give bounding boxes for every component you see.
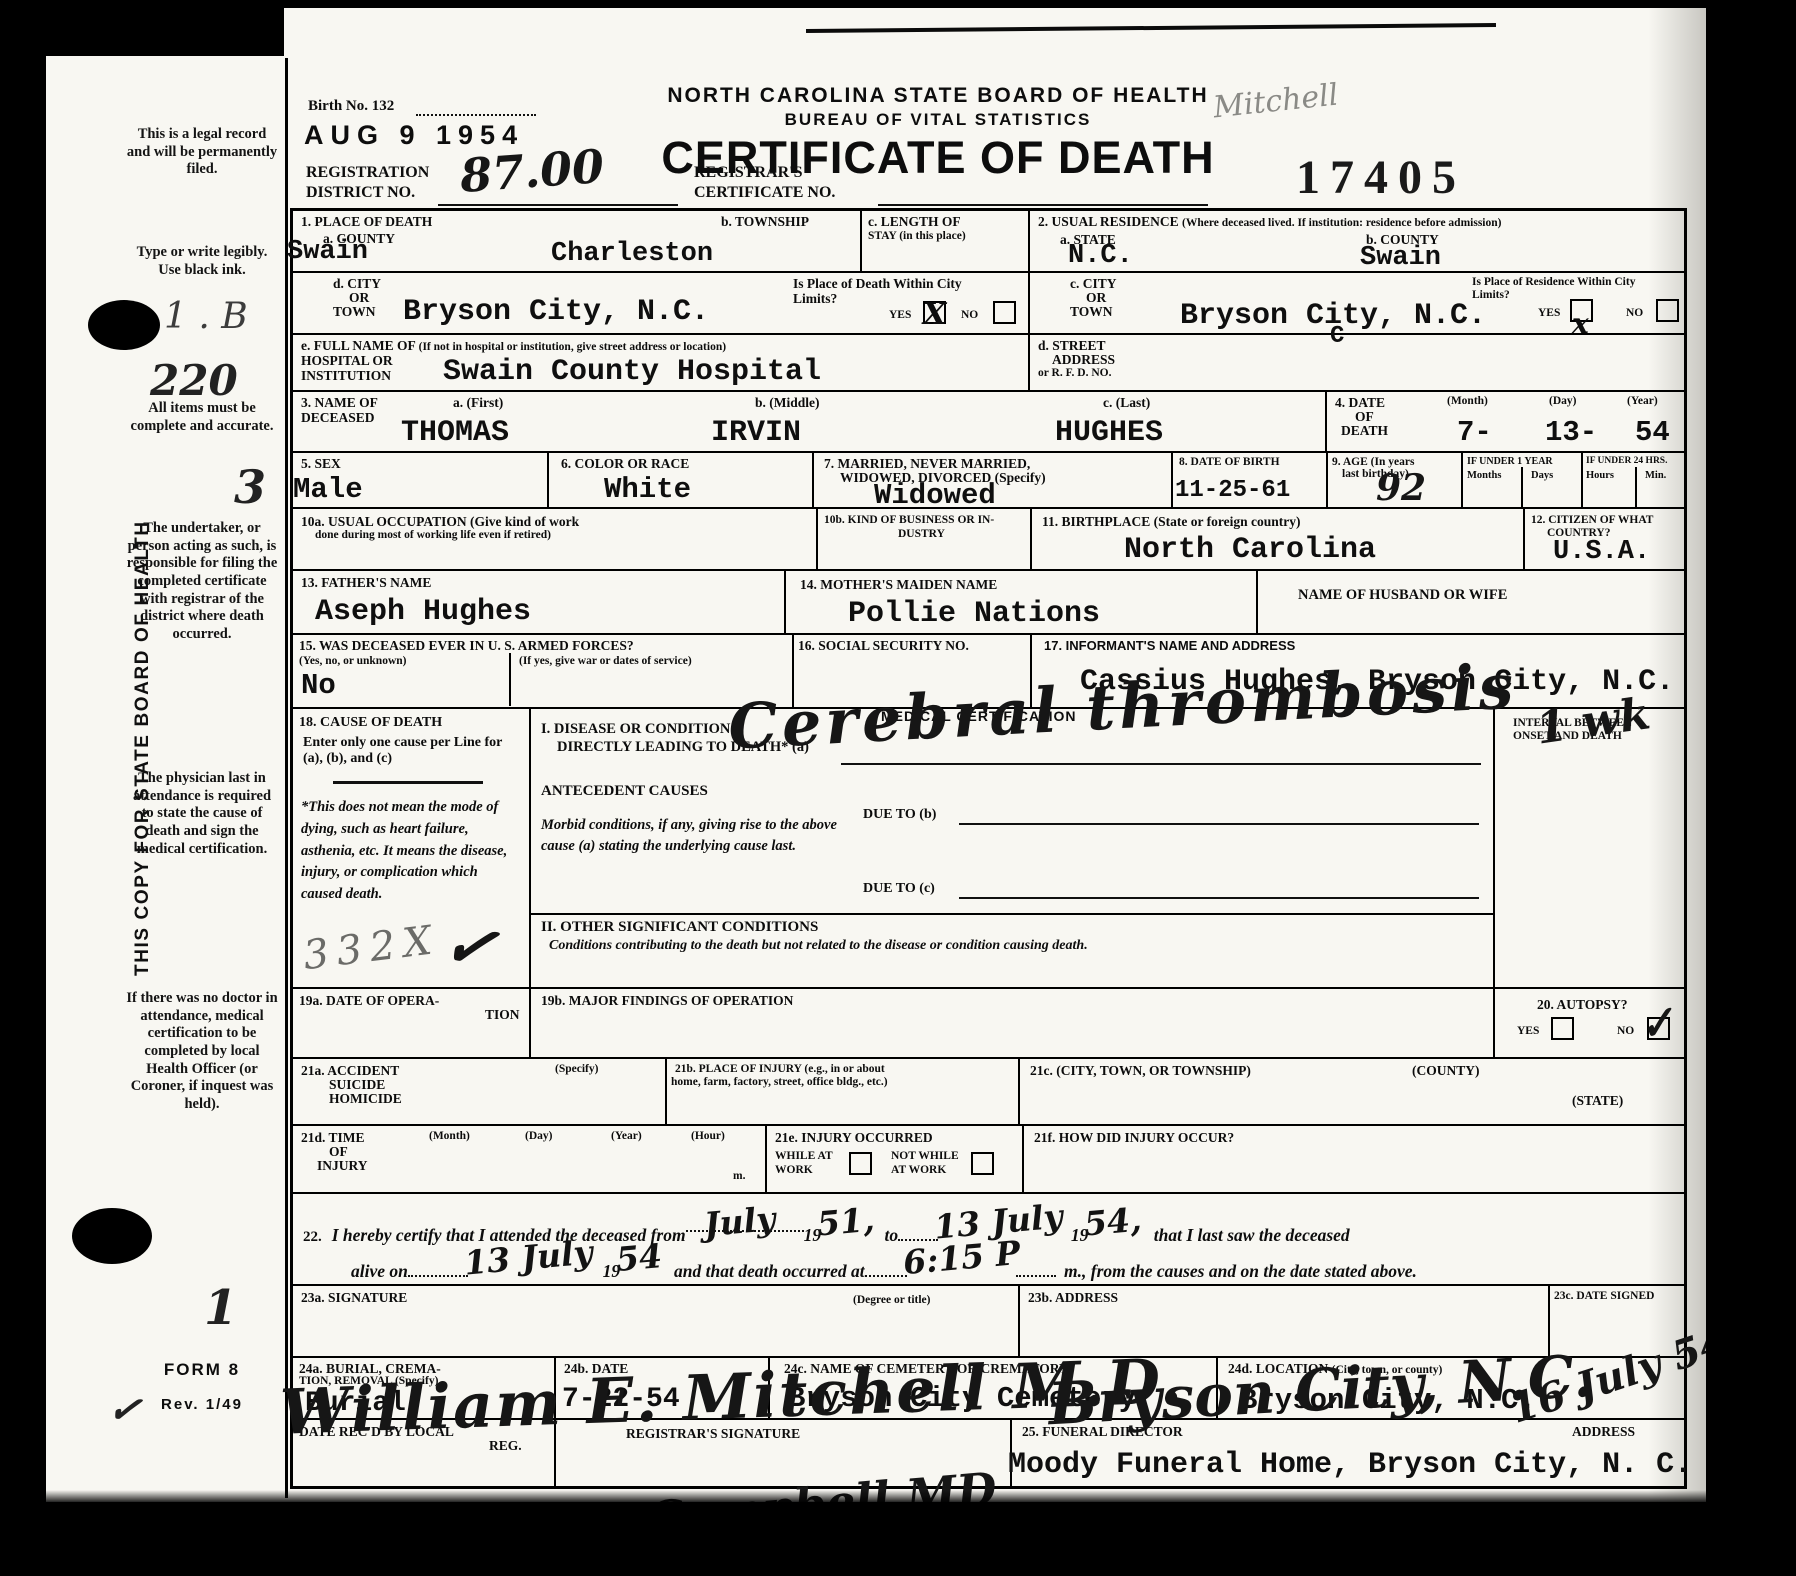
signer-address-label: 23b. ADDRESS bbox=[1028, 1290, 1118, 1305]
row-city-town: d. CITY OR TOWN Bryson City, N.C. Is Pla… bbox=[293, 273, 1684, 335]
injury-hour-label: (Hour) bbox=[691, 1130, 725, 1143]
certify-line-1: 22. I hereby certify that I attended the… bbox=[303, 1210, 1350, 1249]
death-day-label: (Day) bbox=[1549, 395, 1576, 408]
reg-district-label-1: REGISTRATION bbox=[306, 164, 429, 182]
marital-value: Widowed bbox=[874, 479, 996, 512]
cell-certification: 22. I hereby certify that I attended the… bbox=[293, 1194, 1685, 1284]
not-while-label-1: NOT WHILE bbox=[891, 1150, 959, 1163]
cell-autopsy: 20. AUTOPSY? YES NO ✓ bbox=[1495, 989, 1685, 1057]
injury-day-label: (Day) bbox=[525, 1130, 552, 1143]
cell-father: 13. FATHER'S NAME Aseph Hughes bbox=[293, 571, 786, 633]
cell-death-city: d. CITY OR TOWN Bryson City, N.C. Is Pla… bbox=[293, 273, 1030, 333]
accident-label-3: HOMICIDE bbox=[329, 1091, 402, 1106]
autopsy-label: 20. AUTOPSY? bbox=[1537, 997, 1628, 1012]
death-limits-q1: Is Place of Death Within City bbox=[793, 276, 962, 291]
occupation-label-1: 10a. USUAL OCCUPATION (Give kind of work bbox=[301, 514, 579, 529]
cell-if-under-1-year: IF UNDER 1 YEAR Months Days bbox=[1463, 453, 1583, 507]
certify-blank-alive bbox=[408, 1255, 468, 1277]
disease-label-1: I. DISEASE OR CONDITION bbox=[541, 721, 730, 738]
certificate-table: 1. PLACE OF DEATH a. COUNTY Swain b. TOW… bbox=[290, 208, 1687, 1489]
cause-instruction: Enter only one cause per Line for (a), (… bbox=[303, 735, 515, 767]
cell-accident: 21a. ACCIDENT SUICIDE HOMICIDE (Specify) bbox=[293, 1059, 667, 1124]
operation-findings-label: 19b. MAJOR FINDINGS OF OPERATION bbox=[541, 993, 793, 1008]
residence-county-value: Swain bbox=[1360, 243, 1441, 273]
certify-line-2: alive on 13 July 19 54 and that death oc… bbox=[351, 1246, 1417, 1285]
hospital-value: Swain County Hospital bbox=[443, 355, 821, 389]
injury-occurred-label: 21e. INJURY OCCURRED bbox=[775, 1130, 933, 1145]
death-month-label: (Month) bbox=[1447, 395, 1488, 408]
cell-operation-date: 19a. DATE OF OPERA- TION bbox=[293, 989, 531, 1057]
cell-if-under-24-hrs: IF UNDER 24 HRS. Hours Min. bbox=[1583, 453, 1690, 507]
township-label: b. TOWNSHIP bbox=[721, 214, 809, 229]
date-signed-label: 23c. DATE SIGNED bbox=[1554, 1290, 1654, 1303]
injury-year-label: (Year) bbox=[611, 1130, 642, 1143]
cell-how-injury: 21f. HOW DID INJURY OCCUR? bbox=[1024, 1126, 1685, 1192]
hospital-label-3: INSTITUTION bbox=[301, 368, 391, 383]
middle-name-label: b. (Middle) bbox=[755, 395, 820, 410]
death-limits-q2: Limits? bbox=[793, 291, 837, 306]
injury-month-label: (Month) bbox=[429, 1130, 470, 1143]
business-label-2: DUSTRY bbox=[898, 528, 945, 541]
under24-hours-label: Hours bbox=[1586, 470, 1614, 482]
birth-no-label: Birth No. 132 bbox=[308, 98, 394, 115]
county-value: Swain bbox=[287, 237, 368, 267]
certify-text-3: that I last saw the deceased bbox=[1154, 1225, 1350, 1246]
cell-place-of-injury: 21b. PLACE OF INJURY (e.g., in or about … bbox=[667, 1059, 1020, 1124]
certificate-title: CERTIFICATE OF DEATH bbox=[538, 132, 1338, 184]
reg-district-line bbox=[438, 204, 678, 206]
date-of-death-label-3: DEATH bbox=[1341, 423, 1388, 438]
first-name-label: a. (First) bbox=[453, 395, 503, 410]
cell-residence-city: c. CITY OR TOWN Bryson City, N.C. C Is P… bbox=[1030, 273, 1690, 333]
bottom-black-band bbox=[0, 1502, 1796, 1576]
citizen-label-1: 12. CITIZEN OF WHAT bbox=[1531, 514, 1653, 527]
morbid-text: Morbid conditions, if any, giving rise t… bbox=[541, 815, 841, 857]
row-place-residence-top: 1. PLACE OF DEATH a. COUNTY Swain b. TOW… bbox=[293, 211, 1684, 273]
under1-label: IF UNDER 1 YEAR bbox=[1467, 456, 1553, 467]
hospital-label-1: e. FULL NAME OF (If not in hospital or i… bbox=[301, 338, 726, 354]
margin-note-legal: This is a legal record and will be perma… bbox=[126, 126, 278, 179]
injury-time-label-3: INJURY bbox=[317, 1158, 368, 1173]
sex-label: 5. SEX bbox=[301, 456, 341, 471]
margin-note-physician: The physician last in attendance is requ… bbox=[126, 770, 278, 858]
father-value: Aseph Hughes bbox=[315, 595, 531, 629]
cause-pencil-code: 332X bbox=[301, 917, 442, 979]
cell-business: 10b. KIND OF BUSINESS OR IN- DUSTRY bbox=[818, 509, 1032, 569]
cell-signer-address: 23b. ADDRESS bbox=[1020, 1286, 1550, 1356]
margin-checkmark: ✓ bbox=[105, 1384, 145, 1435]
cause-label: 18. CAUSE OF DEATH bbox=[299, 715, 442, 731]
autopsy-no-mark: ✓ bbox=[1634, 996, 1679, 1051]
operation-date-label-1: 19a. DATE OF OPERA- bbox=[299, 993, 439, 1008]
under24-divider bbox=[1635, 467, 1637, 509]
certify-text-2: to bbox=[885, 1225, 899, 1246]
signature-degree-label: (Degree or title) bbox=[853, 1294, 930, 1307]
cause-section-divider bbox=[531, 913, 1493, 915]
certify-text-5: and that death occurred at bbox=[674, 1261, 865, 1282]
race-label: 6. COLOR OR RACE bbox=[561, 456, 689, 471]
death-month-value: 7- bbox=[1457, 416, 1492, 449]
autopsy-yes-checkbox bbox=[1551, 1017, 1574, 1040]
name-label-1: 3. NAME OF bbox=[301, 395, 378, 410]
usual-residence-label: 2. USUAL RESIDENCE (Where deceased lived… bbox=[1038, 214, 1501, 230]
cell-date-of-birth: 8. DATE OF BIRTH 11-25-61 bbox=[1173, 453, 1328, 507]
certify-hw-year-2: 54, bbox=[1083, 1200, 1144, 1244]
reg-district-label-2: DISTRICT NO. bbox=[306, 184, 415, 202]
cell-race: 6. COLOR OR RACE White bbox=[549, 453, 814, 507]
residence-city-label-3: TOWN bbox=[1070, 304, 1113, 319]
accident-specify-label: (Specify) bbox=[555, 1063, 598, 1076]
sex-value: Male bbox=[293, 473, 363, 506]
margin-note-no-doctor: If there was no doctor in attendance, me… bbox=[126, 990, 278, 1114]
how-injury-label: 21f. HOW DID INJURY OCCUR? bbox=[1034, 1130, 1234, 1145]
margin-note-complete: All items must be complete and accurate. bbox=[126, 400, 278, 435]
certify-hw-year-1: 51, bbox=[815, 1200, 876, 1244]
armed-forces-divider bbox=[509, 653, 511, 706]
cell-usual-residence: 2. USUAL RESIDENCE (Where deceased lived… bbox=[1030, 211, 1690, 271]
cell-place-of-death: 1. PLACE OF DEATH a. COUNTY Swain b. TOW… bbox=[293, 211, 862, 271]
row-time-of-injury: 21d. TIME OF INJURY (Month) (Day) (Year)… bbox=[293, 1126, 1684, 1194]
punch-hole-top bbox=[88, 300, 160, 350]
spouse-label: NAME OF HUSBAND OR WIFE bbox=[1298, 587, 1507, 604]
last-name-label: c. (Last) bbox=[1103, 395, 1150, 410]
certificate-paper: This is a legal record and will be perma… bbox=[46, 8, 1708, 1502]
place-of-death-label: 1. PLACE OF DEATH bbox=[301, 214, 432, 229]
armed-forces-label: 15. WAS DECEASED EVER IN U. S. ARMED FOR… bbox=[299, 638, 634, 653]
due-to-b-label: DUE TO (b) bbox=[863, 807, 936, 823]
cell-occupation: 10a. USUAL OCCUPATION (Give kind of work… bbox=[293, 509, 818, 569]
race-value: White bbox=[604, 473, 691, 506]
injury-county-label: (COUNTY) bbox=[1412, 1063, 1480, 1078]
cell-injury-occurred: 21e. INJURY OCCURRED WHILE AT WORK NOT W… bbox=[767, 1126, 1024, 1192]
residence-limits-no-label: NO bbox=[1626, 307, 1643, 320]
armed-forces-paren1: (Yes, no, or unknown) bbox=[299, 655, 406, 668]
ssn-label: 16. SOCIAL SECURITY NO. bbox=[798, 638, 969, 653]
armed-forces-value: No bbox=[301, 669, 336, 702]
cause-note: *This does not mean the mode of dying, s… bbox=[301, 797, 519, 906]
cell-cause-left: 18. CAUSE OF DEATH Enter only one cause … bbox=[293, 709, 531, 987]
certify-hw-year-3: 54 bbox=[614, 1236, 663, 1279]
last-name-value: HUGHES bbox=[1055, 416, 1163, 450]
death-city-value: Bryson City, N.C. bbox=[403, 295, 709, 329]
residence-limits-no-checkbox bbox=[1656, 299, 1679, 322]
other-conditions-label: II. OTHER SIGNIFICANT CONDITIONS bbox=[541, 919, 818, 936]
injury-city-label: 21c. (CITY, TOWN, OR TOWNSHIP) bbox=[1030, 1063, 1251, 1078]
cell-injury-time: 21d. TIME OF INJURY (Month) (Day) (Year)… bbox=[293, 1126, 767, 1192]
cell-date-of-death: 4. DATE OF DEATH (Month) (Day) (Year) 7-… bbox=[1327, 392, 1690, 451]
certify-blank-time-2 bbox=[1016, 1255, 1056, 1277]
due-to-b-line bbox=[959, 823, 1479, 825]
usual-residence-paren: (Where deceased lived. If institution: r… bbox=[1182, 217, 1501, 229]
row-hospital-street: e. FULL NAME OF (If not in hospital or i… bbox=[293, 335, 1684, 392]
first-name-value: THOMAS bbox=[401, 416, 509, 450]
residence-limits-yes-label: YES bbox=[1538, 307, 1560, 320]
punch-hole-bottom bbox=[72, 1208, 152, 1264]
under24-label: IF UNDER 24 HRS. bbox=[1586, 456, 1667, 467]
form-revision: Rev. 1/49 bbox=[126, 1396, 278, 1413]
under1-divider bbox=[1521, 467, 1523, 509]
cell-spouse: NAME OF HUSBAND OR WIFE bbox=[1258, 571, 1690, 633]
death-city-label-3: TOWN bbox=[333, 304, 376, 319]
residence-limits-q2: Limits? bbox=[1472, 289, 1510, 302]
death-limits-yes-label: YES bbox=[889, 309, 911, 322]
certify-number: 22. bbox=[303, 1229, 322, 1246]
autopsy-yes-label: YES bbox=[1517, 1025, 1539, 1038]
disease-line bbox=[841, 763, 1481, 765]
death-limits-yes-mark: X bbox=[923, 297, 946, 332]
street-label-3: or R. F. D. NO. bbox=[1038, 367, 1111, 380]
death-year-value: 54 bbox=[1635, 416, 1670, 449]
registrar-cert-line bbox=[878, 204, 1208, 206]
cell-birthplace: 11. BIRTHPLACE (State or foreign country… bbox=[1032, 509, 1525, 569]
row-parents: 13. FATHER'S NAME Aseph Hughes 14. MOTHE… bbox=[293, 571, 1684, 635]
cell-sex: 5. SEX Male bbox=[293, 453, 549, 507]
cell-marital-status: 7. MARRIED, NEVER MARRIED, WIDOWED, DIVO… bbox=[814, 453, 1173, 507]
other-conditions-text: Conditions contributing to the death but… bbox=[549, 937, 1109, 956]
cell-name-of-deceased: 3. NAME OF DECEASED a. (First) THOMAS b.… bbox=[293, 392, 1327, 451]
certificate-number-stamp: 17405 bbox=[1296, 150, 1466, 205]
margin-handwritten-220: 220 bbox=[150, 356, 238, 405]
row-name-dateofdeath: 3. NAME OF DECEASED a. (First) THOMAS b.… bbox=[293, 392, 1684, 453]
name-label-2: DECEASED bbox=[301, 410, 375, 425]
residence-state-value: N.C. bbox=[1068, 241, 1133, 271]
due-to-c-label: DUE TO (c) bbox=[863, 881, 935, 897]
cell-citizen: 12. CITIZEN OF WHAT COUNTRY? U.S.A. bbox=[1525, 509, 1684, 569]
stay-label-1: c. LENGTH OF bbox=[868, 214, 961, 229]
funeral-director-value: Moody Funeral Home, Bryson City, N. C. bbox=[1008, 1448, 1692, 1482]
due-to-c-line bbox=[959, 897, 1479, 899]
form-area: Birth No. 132 AUG 9 1954 NORTH CAROLINA … bbox=[288, 8, 1692, 1502]
registrar-cert-label-2: CERTIFICATE NO. bbox=[694, 184, 835, 202]
certify-hw-from: July bbox=[702, 1199, 776, 1244]
certify-text-6: m., from the causes and on the date stat… bbox=[1064, 1261, 1417, 1282]
certify-blank-to bbox=[898, 1219, 938, 1241]
armed-forces-paren2: (If yes, give war or dates of service) bbox=[519, 655, 692, 668]
occupation-label-2: done during most of working life even if… bbox=[315, 529, 551, 542]
antecedent-label: ANTECEDENT CAUSES bbox=[541, 783, 708, 800]
hospital-label-2: HOSPITAL OR bbox=[301, 353, 393, 368]
cell-age: 9. AGE (In years last birthday) 92 bbox=[1328, 453, 1463, 507]
birth-no-dotted-line bbox=[416, 94, 536, 116]
residence-limits-q1: Is Place of Residence Within City bbox=[1472, 276, 1635, 289]
margin-vertical-text: THIS COPY FOR STATE BOARD OF HEALTH bbox=[132, 520, 154, 976]
operation-date-label-2: TION bbox=[485, 1007, 520, 1022]
row-certification-statement: 22. I hereby certify that I attended the… bbox=[293, 1194, 1684, 1286]
row-sex-race-age: 5. SEX Male 6. COLOR OR RACE White 7. MA… bbox=[293, 453, 1684, 509]
autopsy-no-label: NO bbox=[1617, 1025, 1634, 1038]
left-margin-column: This is a legal record and will be perma… bbox=[46, 8, 285, 1502]
mother-label: 14. MOTHER'S MAIDEN NAME bbox=[800, 577, 997, 592]
cell-injury-city: 21c. (CITY, TOWN, OR TOWNSHIP) (COUNTY) … bbox=[1020, 1059, 1685, 1124]
citizen-value: U.S.A. bbox=[1553, 537, 1650, 567]
row-accident: 21a. ACCIDENT SUICIDE HOMICIDE (Specify)… bbox=[293, 1059, 1684, 1126]
cell-hospital: e. FULL NAME OF (If not in hospital or i… bbox=[293, 335, 1030, 390]
while-at-work-label-1: WHILE AT bbox=[775, 1150, 833, 1163]
cause-rule bbox=[333, 781, 483, 784]
margin-handwritten-1: 1 bbox=[204, 1280, 237, 1336]
while-at-work-label-2: WORK bbox=[775, 1164, 813, 1177]
registrar-cert-label-1: REGISTRAR'S bbox=[694, 164, 802, 182]
while-at-work-checkbox bbox=[849, 1152, 872, 1175]
cell-street-address: d. STREET ADDRESS or R. F. D. NO. bbox=[1030, 335, 1690, 390]
street-label-2: ADDRESS bbox=[1052, 352, 1115, 367]
death-day-value: 13- bbox=[1545, 416, 1597, 449]
cell-medical-certification: MEDICAL CERTIFICATION I. DISEASE OR COND… bbox=[531, 709, 1495, 987]
not-while-label-2: AT WORK bbox=[891, 1164, 946, 1177]
father-label: 13. FATHER'S NAME bbox=[301, 575, 431, 590]
row-cause-of-death: 18. CAUSE OF DEATH Enter only one cause … bbox=[293, 709, 1684, 989]
birth-date-value: 11-25-61 bbox=[1175, 477, 1290, 504]
cell-interval: INTERVAL BETWEEN ONSET AND DEATH bbox=[1495, 709, 1685, 987]
death-year-label: (Year) bbox=[1627, 395, 1658, 408]
under24-min-label: Min. bbox=[1645, 470, 1666, 482]
birthplace-label: 11. BIRTHPLACE (State or foreign country… bbox=[1042, 514, 1301, 529]
funeral-address-label: ADDRESS bbox=[1572, 1424, 1635, 1439]
injury-state-label: (STATE) bbox=[1572, 1093, 1623, 1108]
death-limits-no-checkbox bbox=[993, 301, 1016, 324]
margin-note-type: Type or write legibly. Use black ink. bbox=[126, 244, 278, 279]
certify-blank-from: July bbox=[686, 1210, 804, 1232]
not-while-checkbox bbox=[971, 1152, 994, 1175]
death-certificate-scan: { "scan": { "certificate_number": "17405… bbox=[0, 0, 1796, 1576]
cell-length-of-stay: c. LENGTH OF STAY (in this place) bbox=[862, 211, 1030, 271]
birth-date-label: 8. DATE OF BIRTH bbox=[1179, 456, 1280, 469]
cause-checkmark: ✓ bbox=[436, 904, 504, 989]
mother-value: Pollie Nations bbox=[848, 597, 1100, 631]
under1-days-label: Days bbox=[1531, 470, 1553, 482]
right-black-band bbox=[1706, 0, 1796, 1576]
form-number: FORM 8 bbox=[126, 1360, 278, 1380]
margin-handwritten-1b: 1 . B bbox=[164, 296, 248, 337]
certify-blank-time bbox=[865, 1255, 907, 1277]
stay-label-2: STAY (in this place) bbox=[868, 230, 966, 243]
injury-m-label: m. bbox=[733, 1170, 745, 1183]
row-occupation-birthplace: 10a. USUAL OCCUPATION (Give kind of work… bbox=[293, 509, 1684, 571]
hospital-paren: (If not in hospital or institution, give… bbox=[419, 341, 726, 353]
injury-place-label-1: 21b. PLACE OF INJURY (e.g., in or about bbox=[675, 1063, 885, 1076]
margin-handwritten-3: 3 bbox=[234, 460, 266, 514]
township-value: Charleston bbox=[551, 239, 713, 269]
signature-label: 23a. SIGNATURE bbox=[301, 1290, 407, 1305]
cell-mother: 14. MOTHER'S MAIDEN NAME Pollie Nations bbox=[786, 571, 1258, 633]
death-limits-no-label: NO bbox=[961, 309, 978, 322]
under1-months-label: Months bbox=[1467, 470, 1501, 482]
cell-operation-findings: 19b. MAJOR FINDINGS OF OPERATION bbox=[531, 989, 1495, 1057]
age-value: 92 bbox=[1376, 467, 1426, 509]
business-label-1: 10b. KIND OF BUSINESS OR IN- bbox=[824, 514, 994, 527]
injury-place-label-2: home, farm, factory, street, office bldg… bbox=[671, 1076, 888, 1089]
birthplace-value: North Carolina bbox=[1124, 533, 1376, 567]
cell-armed-forces: 15. WAS DECEASED EVER IN U. S. ARMED FOR… bbox=[293, 635, 794, 707]
informant-label: 17. INFORMANT'S NAME AND ADDRESS bbox=[1044, 639, 1295, 654]
cell-signature: 23a. SIGNATURE (Degree or title) bbox=[293, 1286, 1020, 1356]
middle-name-value: IRVIN bbox=[711, 416, 801, 450]
row-operation-autopsy: 19a. DATE OF OPERA- TION 19b. MAJOR FIND… bbox=[293, 989, 1684, 1059]
certify-text-4: alive on bbox=[351, 1261, 408, 1282]
reg-district-value: 87.00 bbox=[458, 139, 605, 203]
